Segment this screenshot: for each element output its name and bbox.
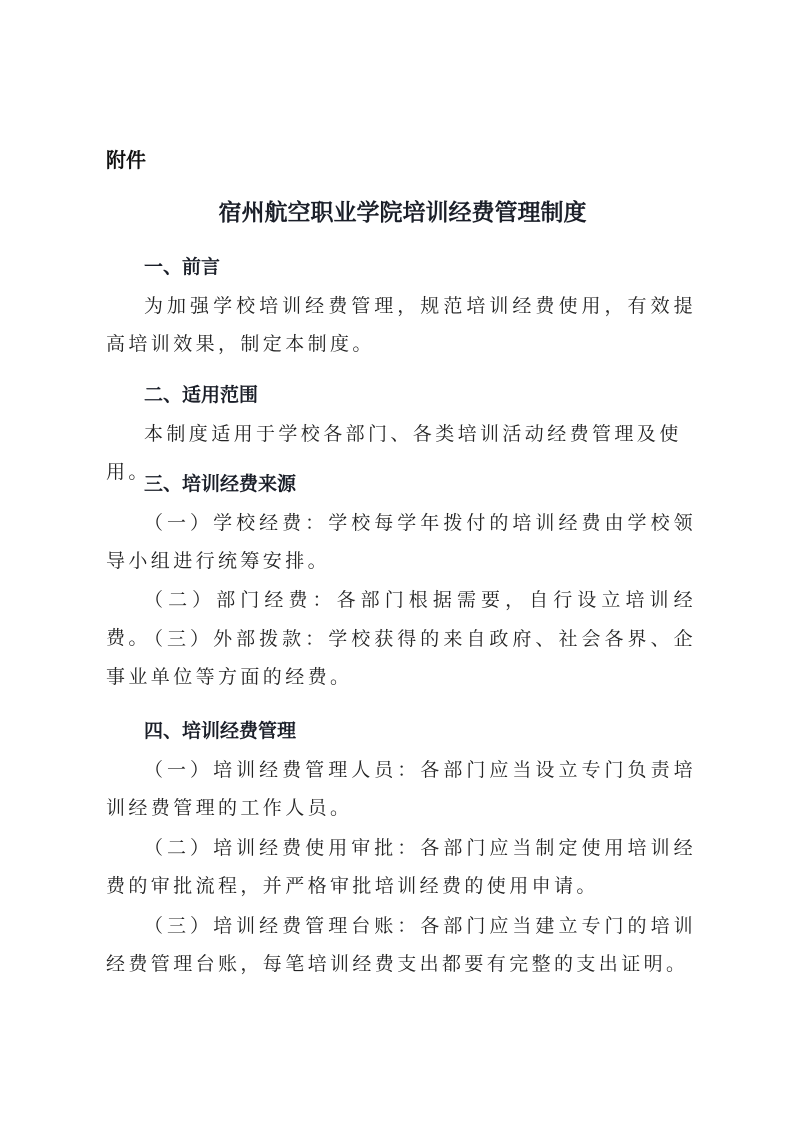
- document-page: 附件 宿州航空职业学院培训经费管理制度 一、前言 为加强学校培训经费管理，规范培…: [0, 0, 793, 1122]
- paragraph-usage-approval: （二）培训经费使用审批：各部门应当制定使用培训经费的审批流程，并严格审批培训经费…: [106, 829, 696, 905]
- annex-label: 附件: [106, 146, 146, 174]
- section-heading-preface: 一、前言: [144, 254, 220, 280]
- paragraph-management-ledger: （三）培训经费管理台账：各部门应当建立专门的培训经费管理台账，每笔培训经费支出都…: [106, 907, 696, 983]
- paragraph-school-funds: （一）学校经费：学校每学年拨付的培训经费由学校领导小组进行统筹安排。: [106, 504, 696, 580]
- section-heading-funding-sources: 三、培训经费来源: [144, 471, 296, 497]
- document-title: 宿州航空职业学院培训经费管理制度: [0, 196, 793, 230]
- section-heading-scope: 二、适用范围: [144, 382, 258, 408]
- section-heading-funding-management: 四、培训经费管理: [144, 718, 296, 744]
- paragraph-preface: 为加强学校培训经费管理，规范培训经费使用，有效提高培训效果，制定本制度。: [106, 287, 696, 363]
- paragraph-management-staff: （一）培训经费管理人员：各部门应当设立专门负责培训经费管理的工作人员。: [106, 751, 696, 827]
- paragraph-external-funds: （三）外部拨款：学校获得的来自政府、社会各界、企事业单位等方面的经费。: [106, 620, 696, 696]
